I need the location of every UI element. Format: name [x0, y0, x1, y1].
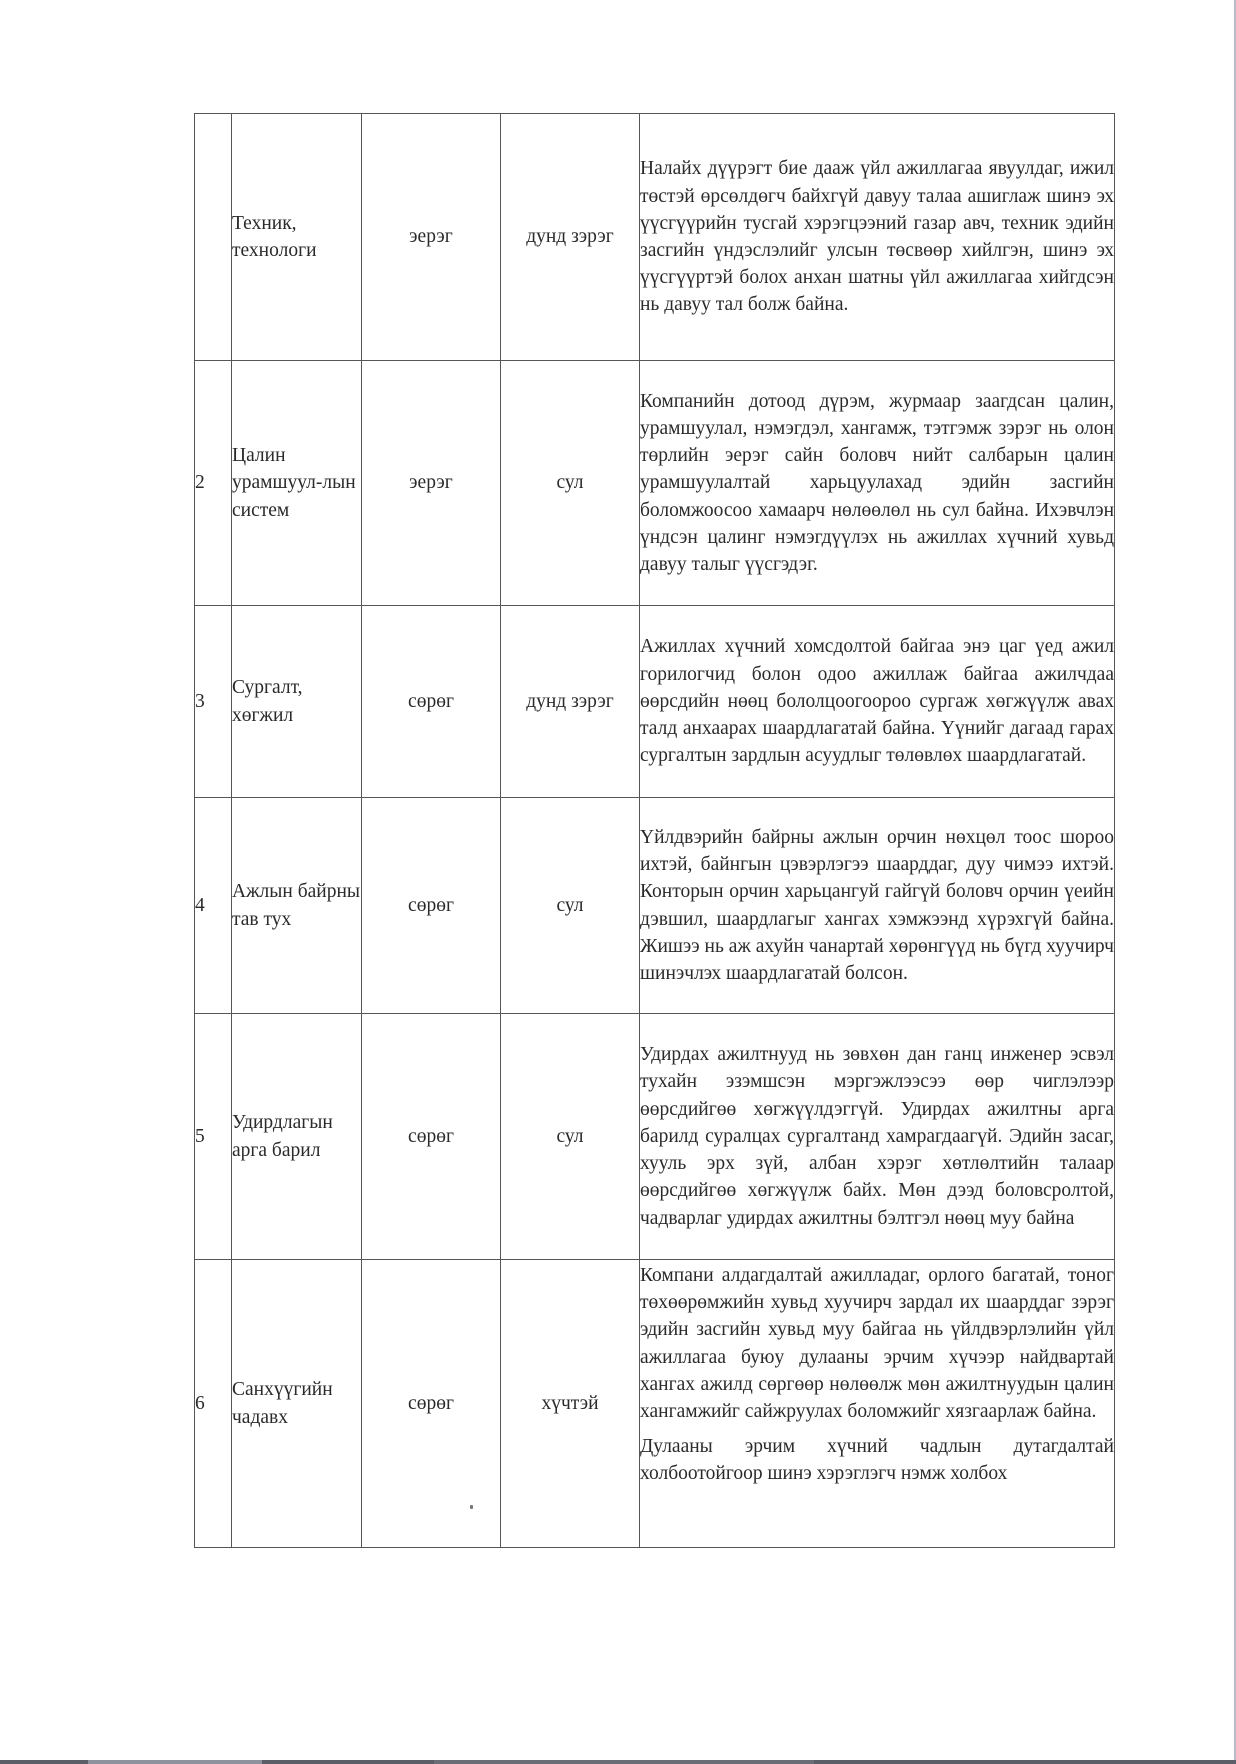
strength-value: дунд зэрэг [501, 114, 640, 361]
row-number: 4 [195, 798, 232, 1014]
factor-name: Удирдлагын арга барил [232, 1014, 362, 1260]
impact-value: эерэг [362, 114, 501, 361]
table-row: 6 Санхүүгийн чадавх сөрөг хүчтэй Компани… [195, 1260, 1115, 1548]
description-paragraph: Налайх дүүрэгт бие дааж үйл ажиллагаа яв… [640, 155, 1114, 318]
row-number: 3 [195, 606, 232, 798]
strength-value: сул [501, 361, 640, 606]
table-row: 4 Ажлын байрны тав тух сөрөг сул Үйлдвэр… [195, 798, 1115, 1014]
factor-description: Үйлдвэрийн байрны ажлын орчин нөхцөл тоо… [640, 798, 1115, 1014]
page-bottom-strip-segment [434, 1760, 814, 1764]
impact-value: сөрөг [362, 798, 501, 1014]
factor-description: Ажиллах хүчний хомсдолтой байгаа энэ цаг… [640, 606, 1115, 798]
description-paragraph: Дулааны эрчим хүчний чадлын дутагдалтай … [640, 1433, 1114, 1487]
factor-analysis-table: Техник, технологи эерэг дунд зэрэг Налай… [194, 113, 1115, 1548]
strength-value: дунд зэрэг [501, 606, 640, 798]
impact-value: сөрөг [362, 1014, 501, 1260]
factor-description: Компанийн дотоод дүрэм, журмаар заагдсан… [640, 361, 1115, 606]
row-number: 2 [195, 361, 232, 606]
table-row: 2 Цалин урамшуул-лын систем эерэг сул Ко… [195, 361, 1115, 606]
factor-name: Санхүүгийн чадавх [232, 1260, 362, 1548]
row-number: 5 [195, 1014, 232, 1260]
factor-description: Компани алдагдалтай ажилладаг, орлого ба… [640, 1260, 1115, 1548]
strength-value: сул [501, 1014, 640, 1260]
factor-description: Удирдах ажилтнууд нь зөвхөн дан ганц инж… [640, 1014, 1115, 1260]
description-paragraph: Үйлдвэрийн байрны ажлын орчин нөхцөл тоо… [640, 824, 1114, 987]
page-bottom-strip-segment [88, 1760, 262, 1764]
impact-value: сөрөг [362, 606, 501, 798]
table-row: Техник, технологи эерэг дунд зэрэг Налай… [195, 114, 1115, 361]
impact-value: эерэг [362, 361, 501, 606]
description-paragraph: Компанийн дотоод дүрэм, журмаар заагдсан… [640, 388, 1114, 578]
row-number: 6 [195, 1260, 232, 1548]
strength-value: хүчтэй [501, 1260, 640, 1548]
description-paragraph: Компани алдагдалтай ажилладаг, орлого ба… [640, 1262, 1114, 1425]
impact-value: сөрөг [362, 1260, 501, 1548]
factor-name: Техник, технологи [232, 114, 362, 361]
factor-name: Ажлын байрны тав тух [232, 798, 362, 1014]
description-paragraph: Удирдах ажилтнууд нь зөвхөн дан ганц инж… [640, 1041, 1114, 1231]
scan-artifact [470, 1505, 473, 1509]
factor-name: Сургалт, хөгжил [232, 606, 362, 798]
description-paragraph: Ажиллах хүчний хомсдолтой байгаа энэ цаг… [640, 633, 1114, 769]
table-row: 3 Сургалт, хөгжил сөрөг дунд зэрэг Ажилл… [195, 606, 1115, 798]
factor-name: Цалин урамшуул-лын систем [232, 361, 362, 606]
table-row: 5 Удирдлагын арга барил сөрөг сул Удирда… [195, 1014, 1115, 1260]
factor-description: Налайх дүүрэгт бие дааж үйл ажиллагаа яв… [640, 114, 1115, 361]
row-number [195, 114, 232, 361]
strength-value: сул [501, 798, 640, 1014]
page-bottom-strip [0, 1760, 1236, 1764]
